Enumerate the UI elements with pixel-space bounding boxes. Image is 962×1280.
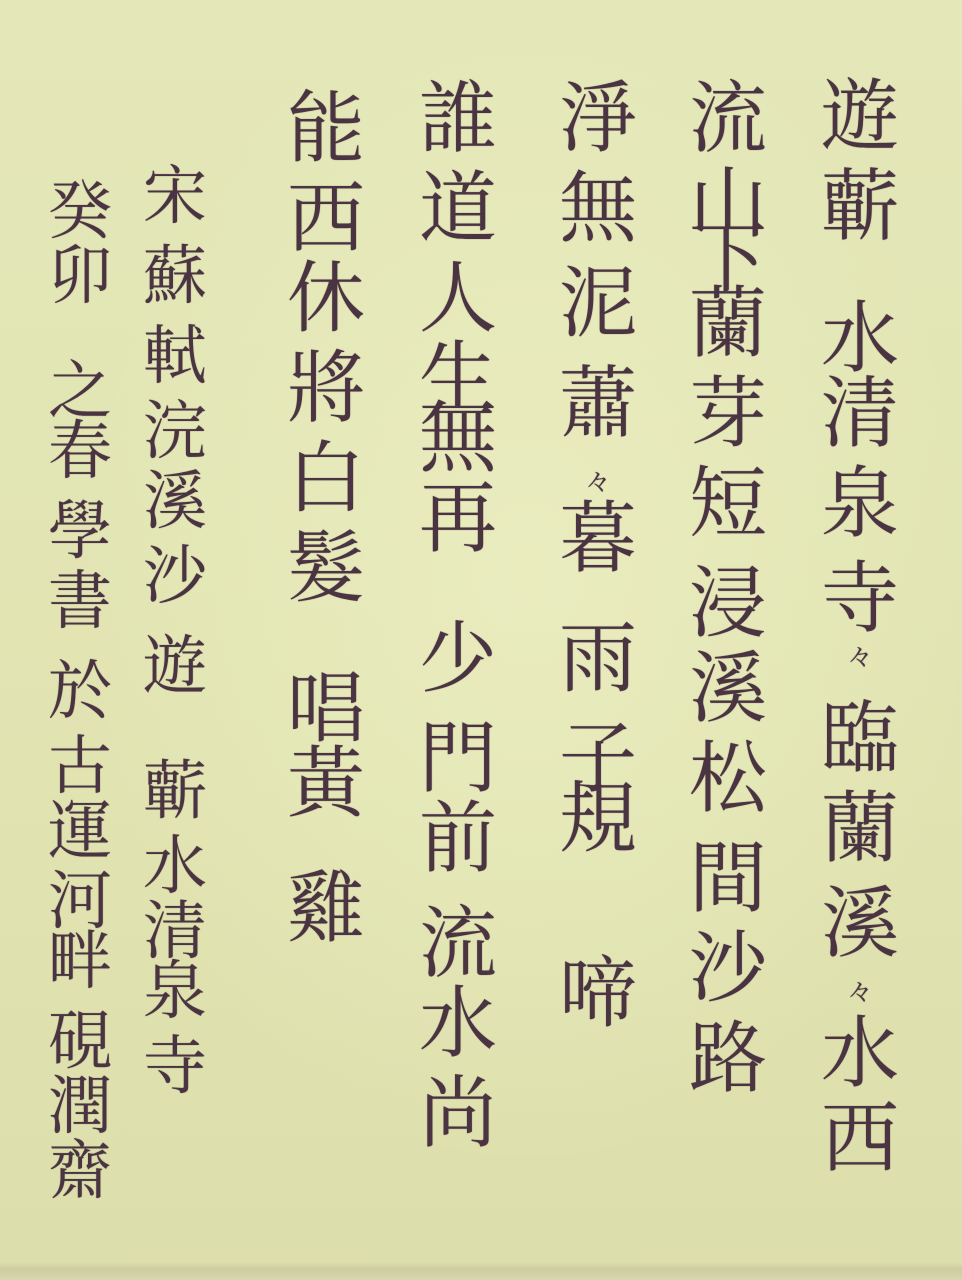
calligraphy-character: 硯 bbox=[40, 1010, 120, 1074]
calligraphy-character: 沙 bbox=[680, 930, 776, 1008]
calligraphy-character: 溪 bbox=[812, 885, 908, 963]
calligraphy-character: 西 bbox=[812, 1100, 908, 1178]
calligraphy-character: 間 bbox=[680, 840, 776, 918]
calligraphy-character: 蘄 bbox=[135, 760, 215, 824]
calligraphy-character: 松 bbox=[680, 740, 776, 818]
calligraphy-character: 能 bbox=[278, 90, 374, 168]
calligraphy-character: 雨 bbox=[550, 620, 646, 698]
calligraphy-character: 流 bbox=[680, 80, 776, 158]
calligraphy-character: 水 bbox=[410, 985, 506, 1063]
calligraphy-character: 泥 bbox=[550, 265, 646, 343]
calligraphy-character: 將 bbox=[278, 350, 374, 428]
calligraphy-character: 畔 bbox=[40, 930, 120, 994]
calligraphy-character: 清 bbox=[812, 375, 908, 453]
calligraphy-character: 路 bbox=[680, 1020, 776, 1098]
calligraphy-character: 春 bbox=[40, 420, 120, 484]
calligraphy-character: 雞 bbox=[278, 870, 374, 948]
calligraphy-character: 臨 bbox=[812, 700, 908, 778]
calligraphy-character: 泉 bbox=[135, 960, 215, 1024]
calligraphy-character: 髮 bbox=[278, 530, 374, 608]
calligraphy-character: 泉 bbox=[812, 465, 908, 543]
calligraphy-character: 芽 bbox=[680, 375, 776, 453]
calligraphy-character: 運 bbox=[40, 800, 120, 864]
calligraphy-character: 道 bbox=[410, 170, 506, 248]
calligraphy-character: 齋 bbox=[40, 1140, 120, 1204]
calligraphy-character: 流 bbox=[410, 905, 506, 983]
calligraphy-character: 尚 bbox=[410, 1075, 506, 1153]
calligraphy-character: 短 bbox=[680, 465, 776, 543]
calligraphy-character: 淨 bbox=[550, 80, 646, 158]
calligraphy-character: 蘄 bbox=[812, 168, 908, 246]
calligraphy-character: 沙 bbox=[135, 545, 215, 609]
calligraphy-character: 遊 bbox=[812, 78, 908, 156]
calligraphy-character: 古 bbox=[40, 735, 120, 799]
calligraphy-character: 浣 bbox=[135, 400, 215, 464]
calligraphy-character: 黃 bbox=[278, 745, 374, 823]
calligraphy-character: 寺 bbox=[812, 560, 908, 638]
calligraphy-character: 癸 bbox=[40, 180, 120, 244]
calligraphy-character: 溪 bbox=[135, 470, 215, 534]
repetition-mark: 々 bbox=[550, 470, 646, 496]
calligraphy-character: 軾 bbox=[135, 325, 215, 389]
calligraphy-character: 蕭 bbox=[550, 365, 646, 443]
calligraphy-character: 蘇 bbox=[135, 245, 215, 309]
calligraphy-character: 於 bbox=[40, 660, 120, 724]
calligraphy-character: 再 bbox=[410, 480, 506, 558]
calligraphy-character: 前 bbox=[410, 800, 506, 878]
calligraphy-character: 卯 bbox=[40, 245, 120, 309]
calligraphy-character: 宋 bbox=[135, 165, 215, 229]
calligraphy-character: 水 bbox=[812, 1015, 908, 1093]
calligraphy-character: 遊 bbox=[135, 635, 215, 699]
calligraphy-character: 唱 bbox=[278, 670, 374, 748]
calligraphy-character: 水 bbox=[135, 835, 215, 899]
calligraphy-character: 學 bbox=[40, 500, 120, 564]
calligraphy-character: 寺 bbox=[135, 1035, 215, 1099]
calligraphy-character: 規 bbox=[550, 780, 646, 858]
calligraphy-character: 少 bbox=[410, 620, 506, 698]
paper-bottom-edge bbox=[0, 1262, 962, 1280]
calligraphy-character: 誰 bbox=[410, 80, 506, 158]
repetition-mark: 々 bbox=[812, 980, 908, 1006]
calligraphy-character: 潤 bbox=[40, 1075, 120, 1139]
calligraphy-character: 白 bbox=[278, 440, 374, 518]
calligraphy-character: 無 bbox=[410, 400, 506, 478]
calligraphy-character: 蘭 bbox=[680, 285, 776, 363]
calligraphy-character: 人 bbox=[410, 260, 506, 338]
calligraphy-character: 蘭 bbox=[812, 790, 908, 868]
calligraphy-character: 啼 bbox=[550, 955, 646, 1033]
calligraphy-character: 西 bbox=[278, 180, 374, 258]
calligraphy-character: 水 bbox=[812, 300, 908, 378]
calligraphy-character: 書 bbox=[40, 570, 120, 634]
calligraphy-character: 浸 bbox=[680, 565, 776, 643]
calligraphy-character: 無 bbox=[550, 170, 646, 248]
calligraphy-character: 門 bbox=[410, 720, 506, 798]
calligraphy-character: 溪 bbox=[680, 650, 776, 728]
repetition-mark: 々 bbox=[812, 645, 908, 671]
calligraphy-character: 暮 bbox=[550, 500, 646, 578]
calligraphy-character: 休 bbox=[278, 260, 374, 338]
